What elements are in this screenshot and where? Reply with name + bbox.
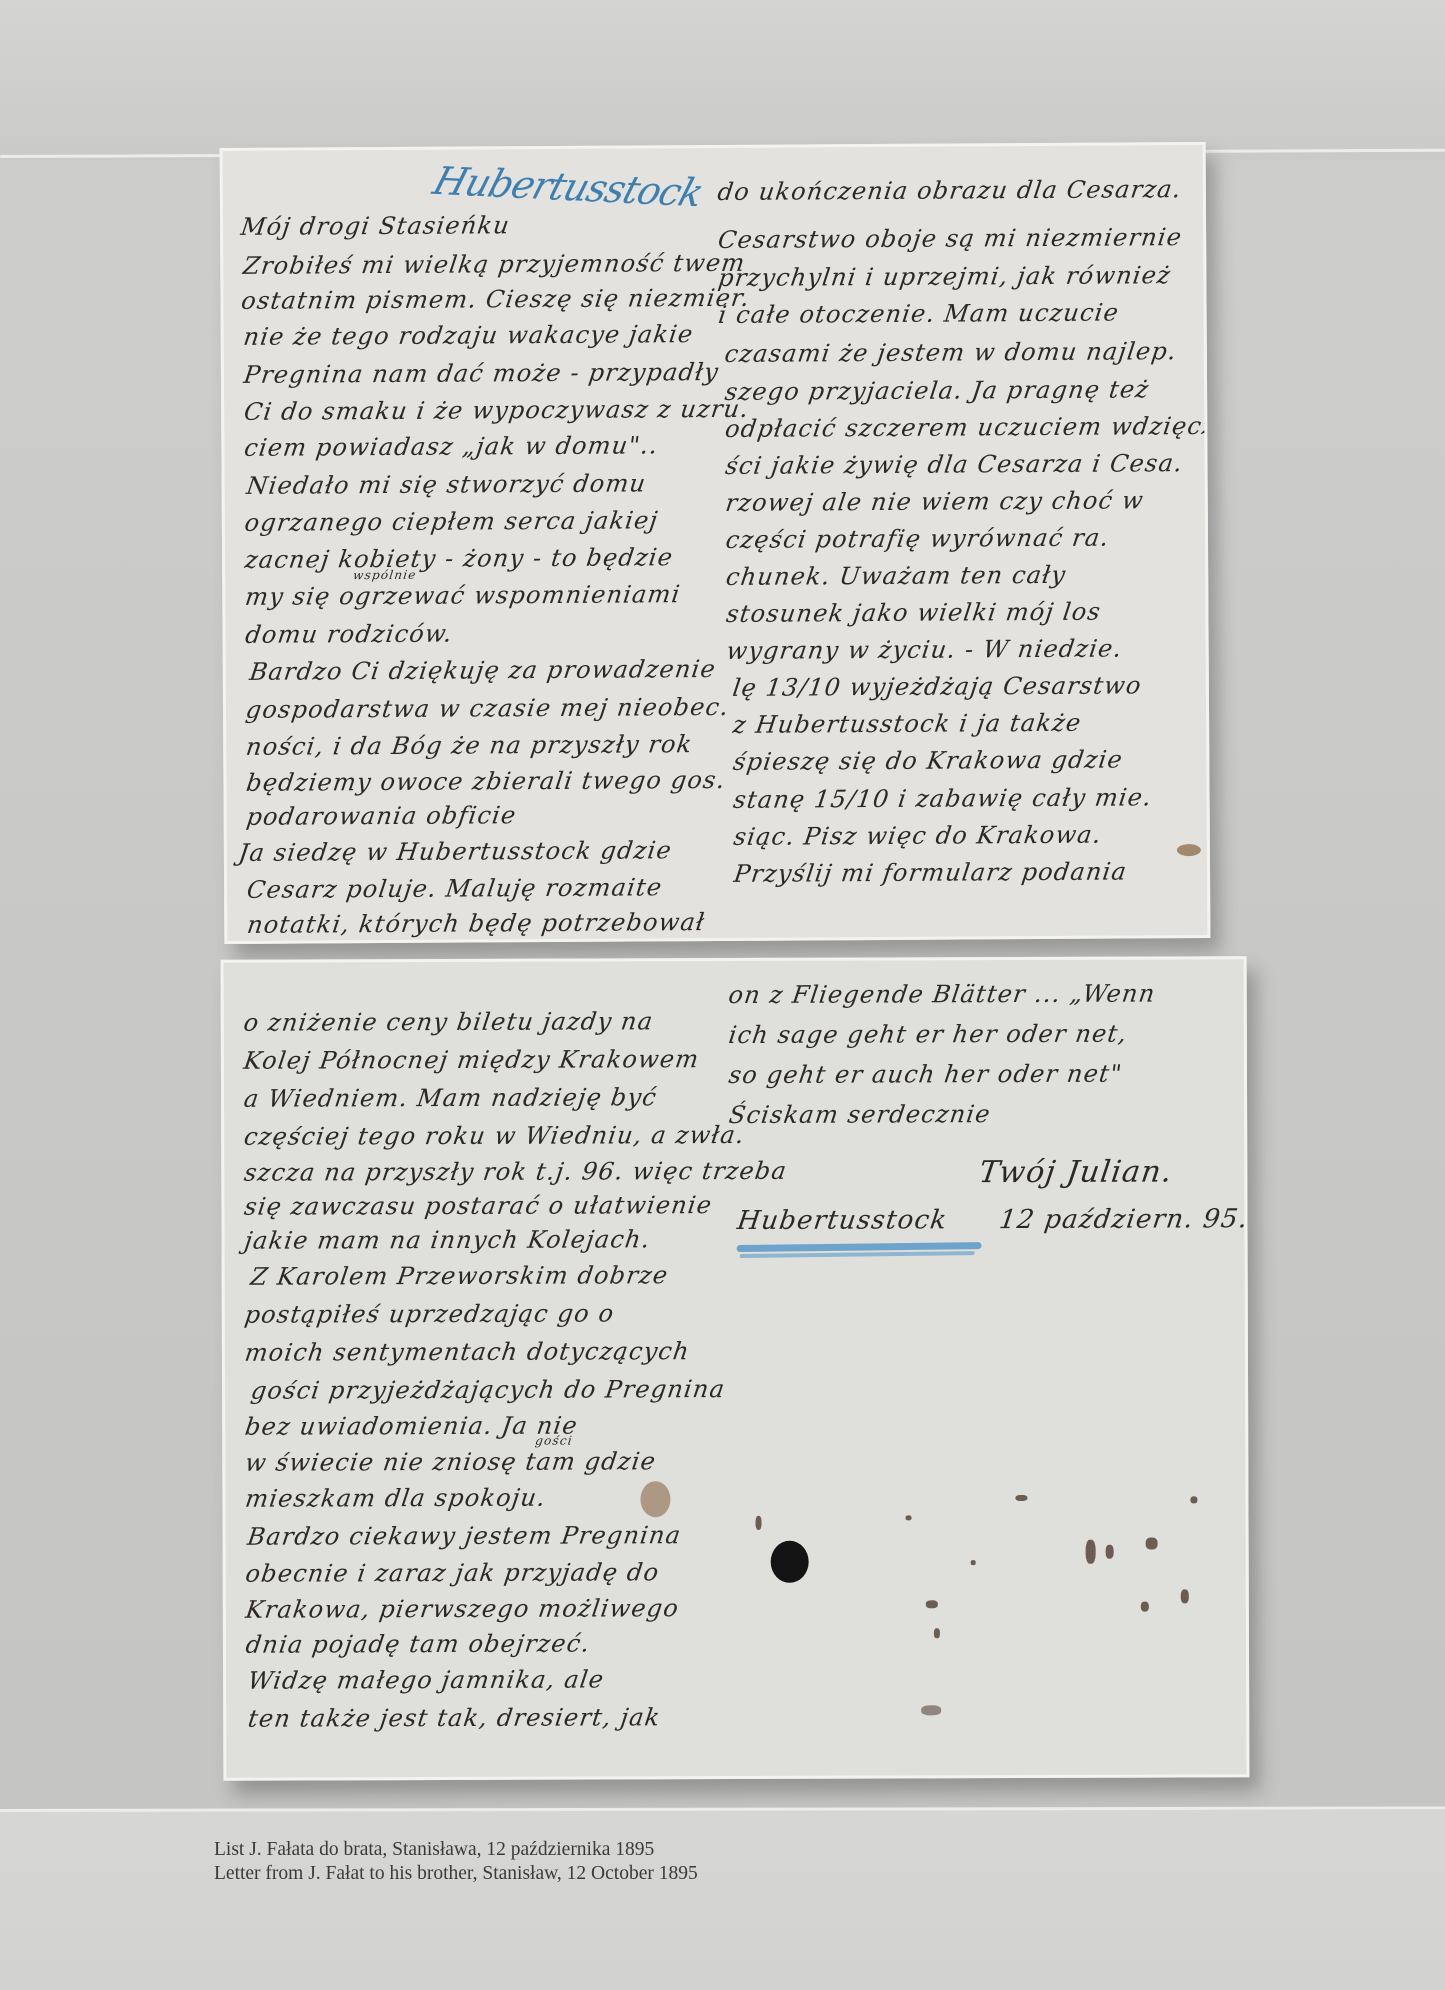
handwritten-line: domu rodziców. bbox=[244, 620, 455, 649]
caption-polish: List J. Fałata do brata, Stanisława, 12 … bbox=[214, 1838, 698, 1862]
handwritten-line: Niedało mi się stworzyć domu bbox=[245, 469, 648, 499]
ink-stain bbox=[640, 1481, 670, 1517]
handwritten-line: rzowej ale nie wiem czy choć w bbox=[724, 486, 1146, 517]
handwritten-line: śpieszę się do Krakowa gdzie bbox=[731, 746, 1124, 776]
letter-heading-place: Hubertusstock bbox=[428, 159, 708, 216]
handwritten-line: Bardzo ciekawy jestem Pregnina bbox=[246, 1521, 684, 1551]
ink-speck bbox=[1141, 1602, 1149, 1612]
handwritten-line: do ukończenia obrazu dla Cesarza. bbox=[716, 175, 1184, 206]
ink-speck bbox=[906, 1515, 912, 1520]
handwritten-line: mieszkam dla spokoju. bbox=[244, 1484, 549, 1513]
handwritten-line: Mój drogi Stasieńku bbox=[239, 211, 512, 241]
handwritten-line: Kolej Północnej między Krakowem bbox=[242, 1045, 701, 1075]
handwritten-line: i całe otoczenie. Mam uczucie bbox=[717, 299, 1121, 329]
handwritten-line: so geht er auch her oder net" bbox=[727, 1060, 1124, 1089]
handwritten-line: a Wiedniem. Mam nadzieję być bbox=[242, 1083, 659, 1112]
ink-speck bbox=[1190, 1496, 1197, 1503]
sheet1-left-column: Mój drogi Stasieńku Zrobiłeś mi wielką p… bbox=[241, 148, 711, 151]
ink-speck bbox=[926, 1600, 938, 1608]
handwritten-line: częściej tego roku w Wiedniu, a zwła. bbox=[242, 1121, 746, 1151]
handwritten-line: ności, i da Bóg że na przyszły rok bbox=[244, 730, 694, 761]
handwritten-line: lę 13/10 wyjeżdżają Cesarstwo bbox=[731, 671, 1144, 702]
letter-sheet-2: o zniżenie ceny biletu jazdy na Kolej Pó… bbox=[221, 956, 1250, 1781]
handwritten-line: ogrzanego ciepłem serca jakiej bbox=[243, 506, 660, 537]
handwritten-line: gospodarstwa w czasie mej nieobec. bbox=[244, 693, 731, 724]
ink-speck bbox=[756, 1516, 762, 1530]
handwritten-line: Krakowa, pierwszego możliwego bbox=[244, 1594, 681, 1624]
handwritten-date: 12 październ. 95. bbox=[997, 1204, 1249, 1235]
handwritten-line: wygrany w życiu. - W niedzie. bbox=[725, 635, 1125, 665]
handwritten-line: siąc. Pisz więc do Krakowa. bbox=[732, 821, 1104, 851]
handwritten-line: Przyślij mi formularz podania bbox=[732, 857, 1129, 887]
handwritten-line: nie że tego rodzaju wakacye jakie bbox=[242, 320, 696, 351]
handwritten-line: stanę 15/10 i zabawię cały mie. bbox=[732, 783, 1154, 814]
handwritten-line: ich sage geht er her oder net, bbox=[727, 1020, 1129, 1049]
handwritten-line: ostatnim pismem. Cieszę się niezmier. bbox=[240, 284, 752, 315]
handwritten-line: szcza na przyszły rok t.j. 96. więc trze… bbox=[242, 1157, 789, 1187]
figure-caption: List J. Fałata do brata, Stanisława, 12 … bbox=[214, 1838, 698, 1886]
handwritten-line: Ja siedzę w Hubertusstock gdzie bbox=[237, 836, 674, 867]
handwritten-line: dnia pojadę tam obejrzeć. bbox=[244, 1629, 592, 1658]
handwritten-line: Bardzo Ci dziękuję za prowadzenie bbox=[248, 655, 718, 686]
signature: Twój Julian. bbox=[977, 1154, 1175, 1190]
handwritten-line: Cesarstwo oboje są mi niezmiernie bbox=[716, 223, 1184, 254]
handwritten-line: my się ogrzewać wspomnieniami bbox=[243, 580, 682, 611]
handwritten-insertion: gości bbox=[534, 1434, 574, 1448]
handwritten-line: postąpiłeś uprzedzając go o bbox=[243, 1299, 616, 1328]
handwritten-line: notatki, których będę potrzebował bbox=[245, 908, 707, 939]
handwritten-line: odpłacić szczerem uczuciem wdzięczno. bbox=[723, 412, 1210, 443]
caption-english: Letter from J. Fałat to his brother, Sta… bbox=[214, 1862, 698, 1886]
handwritten-line: bez uwiadomienia. Ja nie bbox=[243, 1412, 580, 1441]
sheet2-right-column: on z Fliegende Blätter ... „Wenn ich sag… bbox=[729, 959, 1219, 961]
handwritten-line: Ci do smaku i że wypoczywasz z uzru. bbox=[242, 395, 751, 426]
handwritten-line: moich sentymentach dotyczących bbox=[243, 1337, 692, 1367]
handwritten-line: gości przyjeżdżających do Pregnina bbox=[249, 1375, 727, 1405]
handwritten-line: będziemy owoce zbierali twego gos. bbox=[245, 766, 728, 797]
handwritten-line: Cesarz poluje. Maluję rozmaite bbox=[245, 873, 664, 904]
handwritten-line: Z Karolem Przeworskim dobrze bbox=[249, 1261, 671, 1290]
sheet2-left-column: o zniżenie ceny biletu jazdy na Kolej Pó… bbox=[242, 961, 712, 963]
handwritten-line: czasami że jestem w domu najlep. bbox=[723, 337, 1179, 368]
handwritten-line: o zniżenie ceny biletu jazdy na bbox=[242, 1007, 655, 1036]
ink-speck bbox=[971, 1560, 976, 1565]
handwritten-line: stosunek jako wielki mój los bbox=[725, 598, 1103, 628]
handwritten-line: Pregnina nam dać może - przypadły bbox=[242, 358, 721, 389]
ink-blot bbox=[771, 1541, 809, 1583]
ink-speck bbox=[921, 1705, 941, 1715]
ink-speck bbox=[1181, 1589, 1189, 1603]
handwritten-place: Hubertusstock bbox=[735, 1205, 949, 1236]
handwritten-insertion: wspólnie bbox=[352, 568, 417, 582]
handwritten-line: przychylni i uprzejmi, jak również bbox=[716, 261, 1172, 292]
handwritten-line: w świecie nie zniosę tam gdzie bbox=[243, 1447, 658, 1476]
handwritten-line: Widzę małego jamnika, ale bbox=[246, 1665, 606, 1694]
ink-speck bbox=[1015, 1495, 1027, 1501]
ink-speck bbox=[934, 1628, 940, 1638]
handwritten-line: części potrafię wyrównać ra. bbox=[724, 524, 1111, 554]
handwritten-line: ten także jest tak, dresiert, jak bbox=[246, 1703, 662, 1732]
ink-speck bbox=[1106, 1545, 1114, 1559]
handwritten-line: jakie mam na innych Kolejach. bbox=[243, 1225, 653, 1254]
handwritten-line: obecnie i zaraz jak przyjadę do bbox=[244, 1558, 661, 1587]
ink-speck bbox=[1086, 1540, 1096, 1564]
page-bottom-margin bbox=[0, 1810, 1445, 1990]
handwritten-line: ści jakie żywię dla Cesarza i Cesa. bbox=[724, 449, 1185, 480]
handwritten-line: z Hubertusstock i ja także bbox=[731, 709, 1083, 739]
blue-pencil-underline bbox=[740, 1251, 975, 1258]
handwritten-line: się zawczasu postarać o ułatwienie bbox=[243, 1191, 715, 1221]
sheet1-right-column: do ukończenia obrazu dla Cesarza. Cesars… bbox=[718, 145, 1188, 148]
handwritten-line: Ściskam serdecznie bbox=[727, 1100, 993, 1129]
handwritten-line: on z Fliegende Blätter ... „Wenn bbox=[727, 980, 1158, 1010]
ink-speck bbox=[1146, 1538, 1158, 1550]
handwritten-line: zacnej kobiety - żony - to będzie bbox=[243, 543, 675, 574]
handwritten-line: szego przyjaciela. Ja pragnę też bbox=[723, 375, 1151, 406]
handwritten-line: Zrobiłeś mi wielką przyjemność twem bbox=[241, 249, 747, 280]
handwritten-line: ciem powiadasz „jak w domu".. bbox=[243, 431, 661, 462]
ink-stain bbox=[1177, 844, 1201, 856]
handwritten-line: podarowania obficie bbox=[245, 801, 519, 831]
letter-sheet-1: Hubertusstock Mój drogi Stasieńku Zrobił… bbox=[220, 142, 1211, 944]
page-top-margin bbox=[0, 0, 1445, 160]
handwritten-line: chunek. Uważam ten cały bbox=[724, 561, 1068, 591]
